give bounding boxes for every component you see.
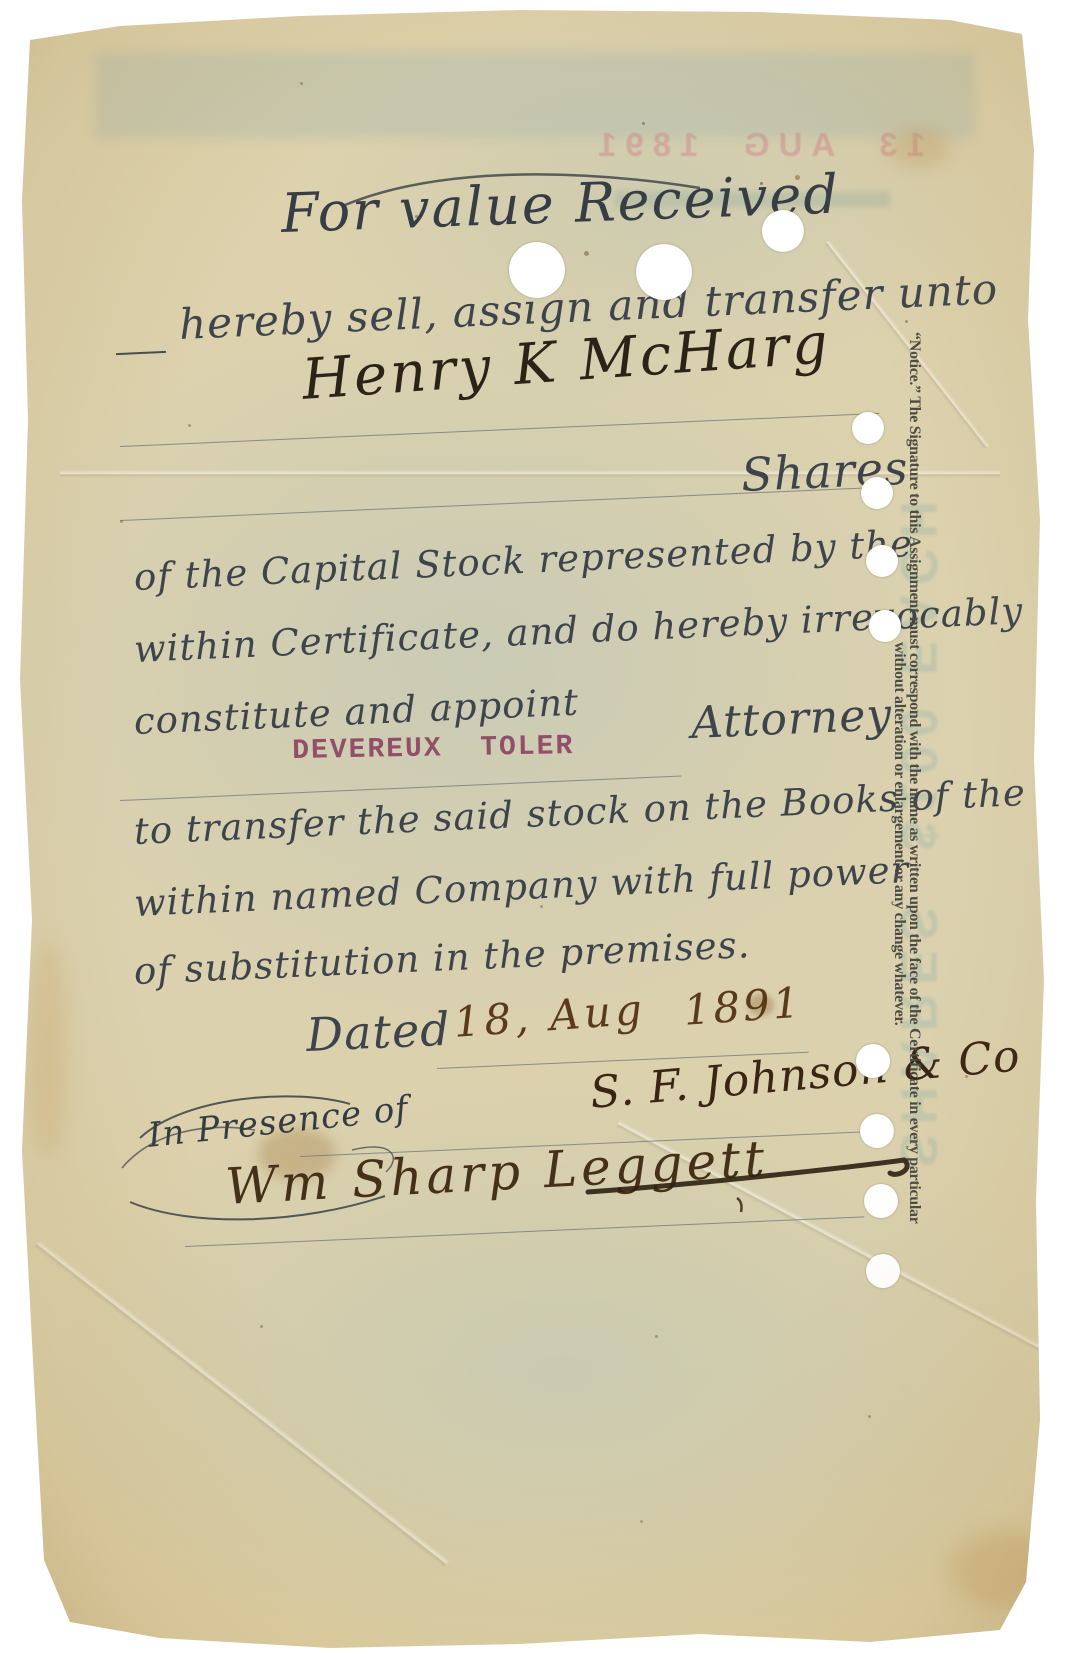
stain [948,1530,1058,1608]
substitution-clause: of substitution in the premises. [133,923,751,993]
certificate-back-scan: 13 AUG 1891 SHARES $100 EACH For value R… [0,0,1080,1655]
crease-line [34,1240,450,1568]
attorney-name-stamp: DEVEREUX TOLER [292,731,575,767]
form-heading: For value Received [280,164,802,245]
in-presence-of-label: In Presence of [146,1089,411,1156]
notice-line1: “Notice.” The Signature to this Assignme… [906,332,923,1224]
company-clause: within named Company with full power [133,848,910,925]
blank-dash [116,351,166,355]
date-year-handwriting: 1891 [682,978,804,1035]
punch-hole [866,1254,900,1288]
date-day-month-handwriting: 18, Aug [452,985,647,1047]
punch-hole [866,545,898,577]
signature-tick [737,1198,742,1212]
paper-specks [0,0,3,3]
stain [28,940,68,1160]
dated-label: Dated [305,1002,452,1062]
rule-witness-line [185,1216,864,1247]
punch-hole [860,1114,894,1148]
paper-sheet: 13 AUG 1891 SHARES $100 EACH For value R… [0,0,1080,1655]
punch-hole [636,244,692,300]
notice-sidebar: “Notice.” The Signature to this Assignme… [892,332,922,1367]
attorney-label: Attorney [690,689,893,749]
punch-hole [861,477,893,509]
notice-line2: without alteration or enlargement or any… [892,332,907,1367]
punch-hole [762,210,804,252]
punch-hole [509,242,565,298]
punch-hole [856,1044,890,1078]
capital-stock-clause: of the Capital Stock represented by the [133,522,914,599]
punch-hole [869,610,901,642]
seller-signature: S. F. Johnson & Co [588,1030,1023,1118]
punch-hole [864,1184,898,1218]
showthrough-date-stamp: 13 AUG 1891 [545,126,925,170]
punch-hole [852,412,884,444]
rule-assignee-line [120,413,879,447]
witness-signature: Wm Sharp Leggett [224,1130,770,1216]
